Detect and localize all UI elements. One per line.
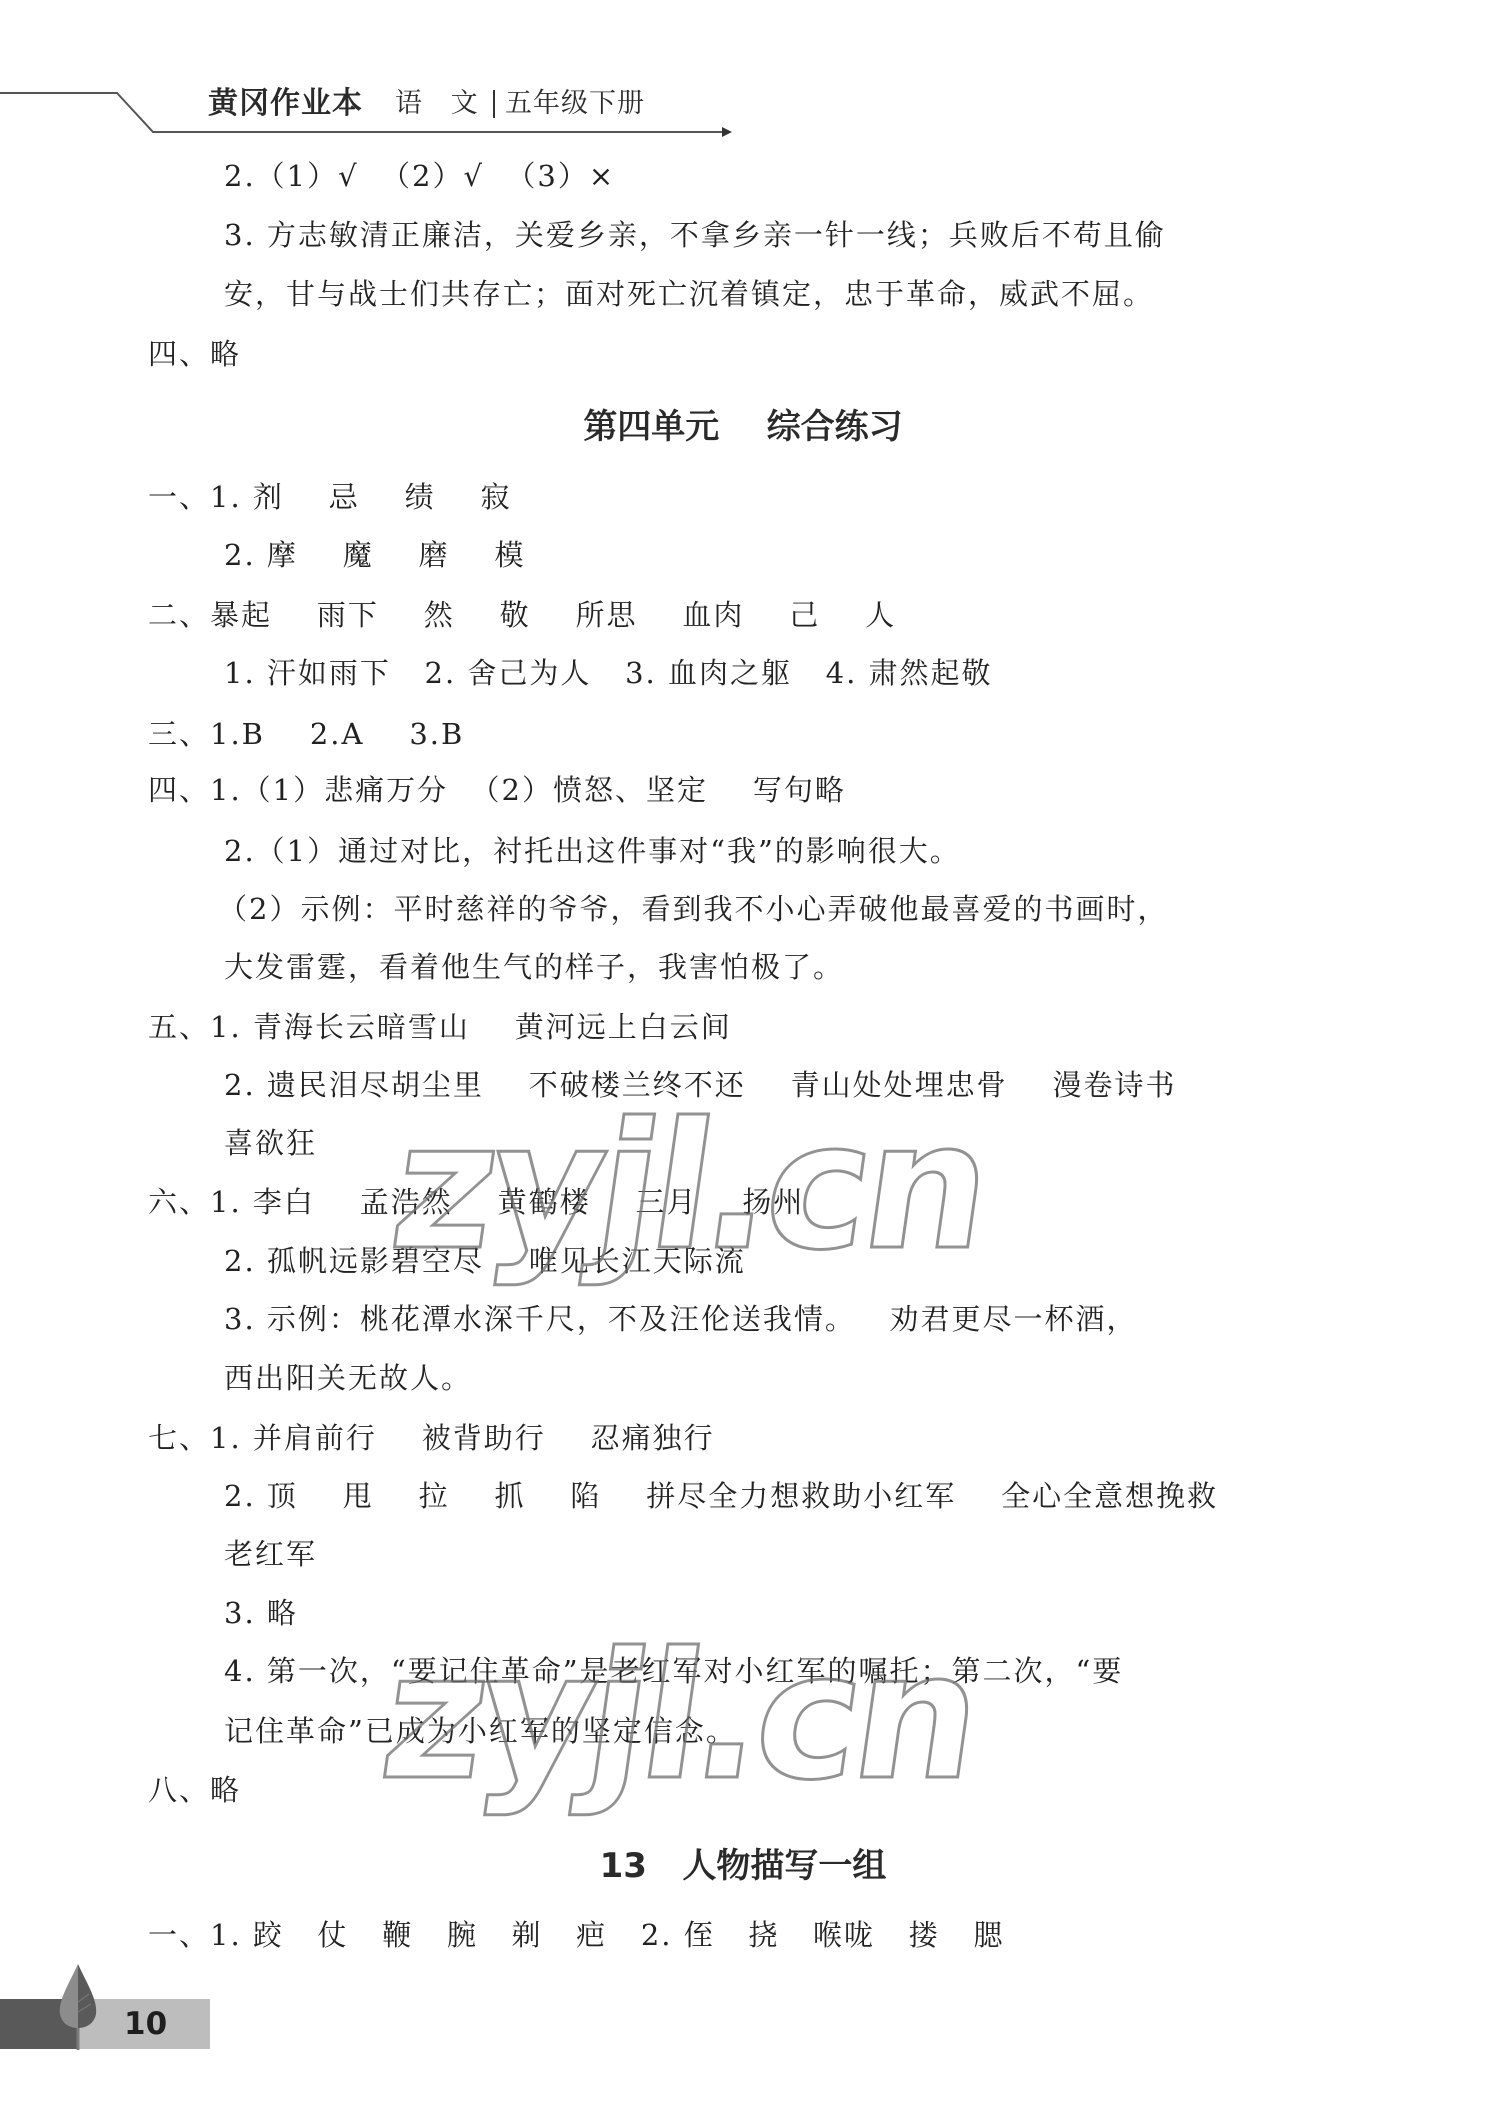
answer-line: 一、1. 剂 忌 绩 寂	[148, 477, 512, 517]
answer-line: 2.（1）通过对比，衬托出这件事对“我”的影响很大。	[224, 831, 961, 871]
answer-line: 西出阳关无故人。	[224, 1358, 472, 1398]
answer-line: 3. 方志敏清正廉洁，关爱乡亲，不拿乡亲一针一线；兵败后不苟且偷	[224, 215, 1166, 255]
answer-line: 二、暴起 雨下 然 敬 所思 血肉 己 人	[148, 595, 896, 635]
answer-line: 喜欲狂	[224, 1123, 317, 1163]
leaf-icon	[56, 1962, 100, 2052]
answer-line: 安，甘与战士们共存亡；面对死亡沉着镇定，忠于革命，威武不屈。	[224, 274, 1154, 314]
answer-line: 大发雷霆，看着他生气的样子，我害怕极了。	[224, 947, 844, 987]
answer-line: 2. 孤帆远影碧空尽 唯见长江天际流	[224, 1241, 746, 1281]
answer-line: 2. 顶 甩 拉 抓 陷 拼尽全力想救助小红军 全心全意想挽救	[224, 1476, 1218, 1516]
page-number: 10	[124, 2004, 167, 2044]
book-subject: 语 文	[395, 86, 488, 122]
answer-line: 七、1. 并肩前行 被背助行 忍痛独行	[148, 1418, 715, 1458]
book-grade: 五年级下册	[505, 86, 645, 122]
answer-line: 3. 略	[224, 1593, 298, 1633]
answer-line: 六、1. 李白 孟浩然 黄鹤楼 三月 扬州	[148, 1182, 804, 1222]
answer-line: 2. 摩 魔 磨 模	[224, 535, 526, 575]
answer-line: 1. 汗如雨下 2. 舍己为人 3. 血肉之躯 4. 肃然起敬	[224, 653, 993, 693]
header-separator	[493, 90, 495, 118]
answer-line: 一、1. 跤 仗 鞭 腕 剃 疤 2. 侄 挠 喉咙 搂 腮	[148, 1915, 1004, 1955]
section-title: 第四单元 综合练习	[0, 405, 1486, 449]
book-brand: 黄冈作业本	[208, 84, 363, 124]
answer-line: 四、1.（1）悲痛万分 （2）愤怒、坚定 写句略	[148, 770, 846, 810]
answer-line: 4. 第一次，“要记住革命”是老红军对小红军的嘱托；第二次，“要	[224, 1651, 1123, 1691]
answer-line: （2）示例：平时慈祥的爷爷，看到我不小心弄破他最喜爱的书画时，	[218, 889, 1168, 929]
answer-line: 老红军	[224, 1534, 317, 1574]
answer-line: 四、略	[148, 334, 241, 374]
header-rule	[0, 0, 760, 150]
answer-line: 五、1. 青海长云暗雪山 黄河远上白云间	[148, 1007, 732, 1047]
section-title: 13 人物描写一组	[0, 1844, 1486, 1888]
answer-line: 3. 示例：桃花潭水深千尺，不及汪伦送我情。 劝君更尽一杯酒，	[224, 1299, 1138, 1339]
answer-line: 三、1.B 2.A 3.B	[148, 714, 464, 754]
answer-line: 2. 遗民泪尽胡尘里 不破楼兰终不还 青山处处埋忠骨 漫卷诗书	[224, 1065, 1177, 1105]
answer-line: 记住革命”已成为小红军的坚定信念。	[224, 1711, 737, 1751]
answer-line: 八、略	[148, 1770, 241, 1810]
answer-line: 2.（1）√ （2）√ （3）×	[224, 156, 615, 196]
